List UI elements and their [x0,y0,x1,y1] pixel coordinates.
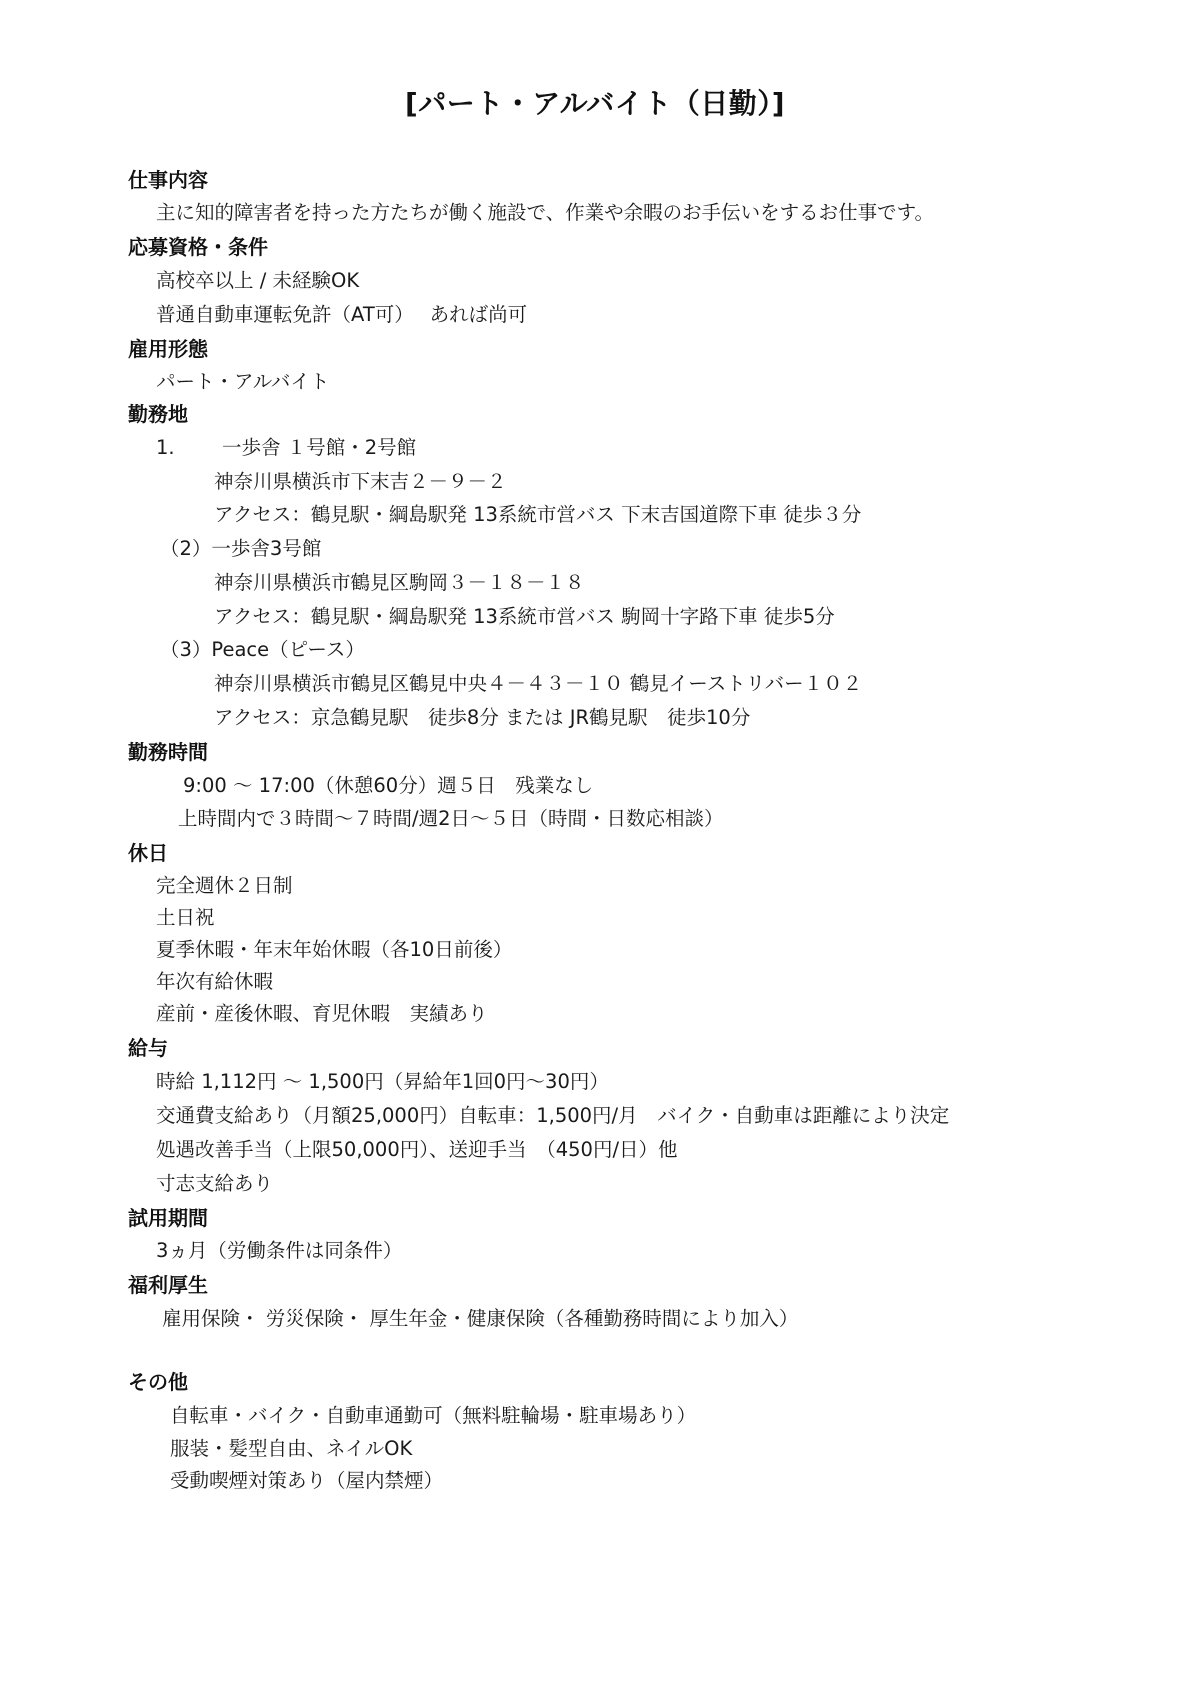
site-name: 一歩舎3号館 [211,537,321,560]
section-heading-salary: 給与 [128,1035,168,1061]
page-title: [パート・アルバイト（日勤）] [0,82,1190,122]
site-access: アクセス：鶴見駅・綱島駅発 13系統市営バス 下末吉国道際下車 徒歩３分 [214,502,861,528]
section-heading-job: 仕事内容 [128,167,208,193]
other-item: 服装・髪型自由、ネイルOK [170,1436,412,1462]
holiday-item: 土日祝 [156,905,215,931]
benefits-value: 雇用保険・ 労災保険・ 厚生年金・健康保険（各種勤務時間により加入） [162,1306,798,1332]
other-item: 受動喫煙対策あり（屋内禁煙） [170,1468,443,1494]
location-site-1-title: 1.一歩舎 １号館・2号館 [156,435,416,461]
section-heading-location: 勤務地 [128,401,188,427]
job-description: 主に知的障害者を持った方たちが働く施設で、作業や余暇のお手伝いをするお仕事です。 [156,200,934,226]
holiday-item: 夏季休暇・年末年始休暇（各10日前後） [156,937,512,963]
salary-item: 寸志支給あり [156,1171,273,1197]
salary-item: 処遇改善手当（上限50,000円）、送迎手当 （450円/日）他 [156,1137,678,1163]
site-name: Peace（ピース） [211,638,364,661]
hours-item: 上時間内で３時間～７時間/週2日～５日（時間・日数応相談） [178,806,723,832]
salary-item: 交通費支給あり（月額25,000円）自転車：1,500円/月 バイク・自動車は距… [156,1103,949,1129]
section-heading-employment-type: 雇用形態 [128,336,208,362]
qualification-item: 高校卒以上 / 未経験OK [156,268,359,294]
site-address: 神奈川県横浜市鶴見区鶴見中央４－４３－１０ 鶴見イーストリバー１０２ [214,671,862,697]
job-posting-page: [パート・アルバイト（日勤）] 仕事内容 主に知的障害者を持った方たちが働く施設… [0,0,1190,1684]
holiday-item: 年次有給休暇 [156,969,273,995]
section-heading-trial: 試用期間 [128,1205,208,1231]
site-address: 神奈川県横浜市下末吉２－９－２ [214,469,507,495]
site-access: アクセス：鶴見駅・綱島駅発 13系統市営バス 駒岡十字路下車 徒歩5分 [214,604,835,630]
holiday-item: 完全週休２日制 [156,873,293,899]
salary-item: 時給 1,112円 ～ 1,500円（昇給年1回0円～30円） [156,1069,609,1095]
site-address: 神奈川県横浜市鶴見区駒岡３－１８－１８ [214,570,585,596]
employment-type-value: パート・アルバイト [156,369,329,395]
location-site-3-title: （3）Peace（ピース） [160,637,365,663]
section-heading-benefits: 福利厚生 [128,1272,208,1298]
trial-period-value: 3ヵ月（労働条件は同条件） [156,1238,402,1264]
site-access: アクセス：京急鶴見駅 徒歩8分 または JR鶴見駅 徒歩10分 [214,705,750,731]
site-marker: （3） [160,638,211,661]
section-heading-qualifications: 応募資格・条件 [128,234,268,260]
holiday-item: 産前・産後休暇、育児休暇 実績あり [156,1001,488,1027]
section-heading-holidays: 休日 [128,840,168,866]
hours-item: 9:00 ～ 17:00（休憩60分）週５日 残業なし [183,773,593,799]
qualification-item: 普通自動車運転免許（AT可） あれば尚可 [156,302,527,328]
site-marker: 1. [156,435,222,461]
other-item: 自転車・バイク・自動車通勤可（無料駐輪場・駐車場あり） [170,1403,696,1429]
section-heading-hours: 勤務時間 [128,739,208,765]
site-marker: （2） [160,537,211,560]
location-site-2-title: （2）一歩舎3号館 [160,536,321,562]
site-name: 一歩舎 １号館・2号館 [222,436,416,459]
section-heading-other: その他 [128,1369,188,1395]
